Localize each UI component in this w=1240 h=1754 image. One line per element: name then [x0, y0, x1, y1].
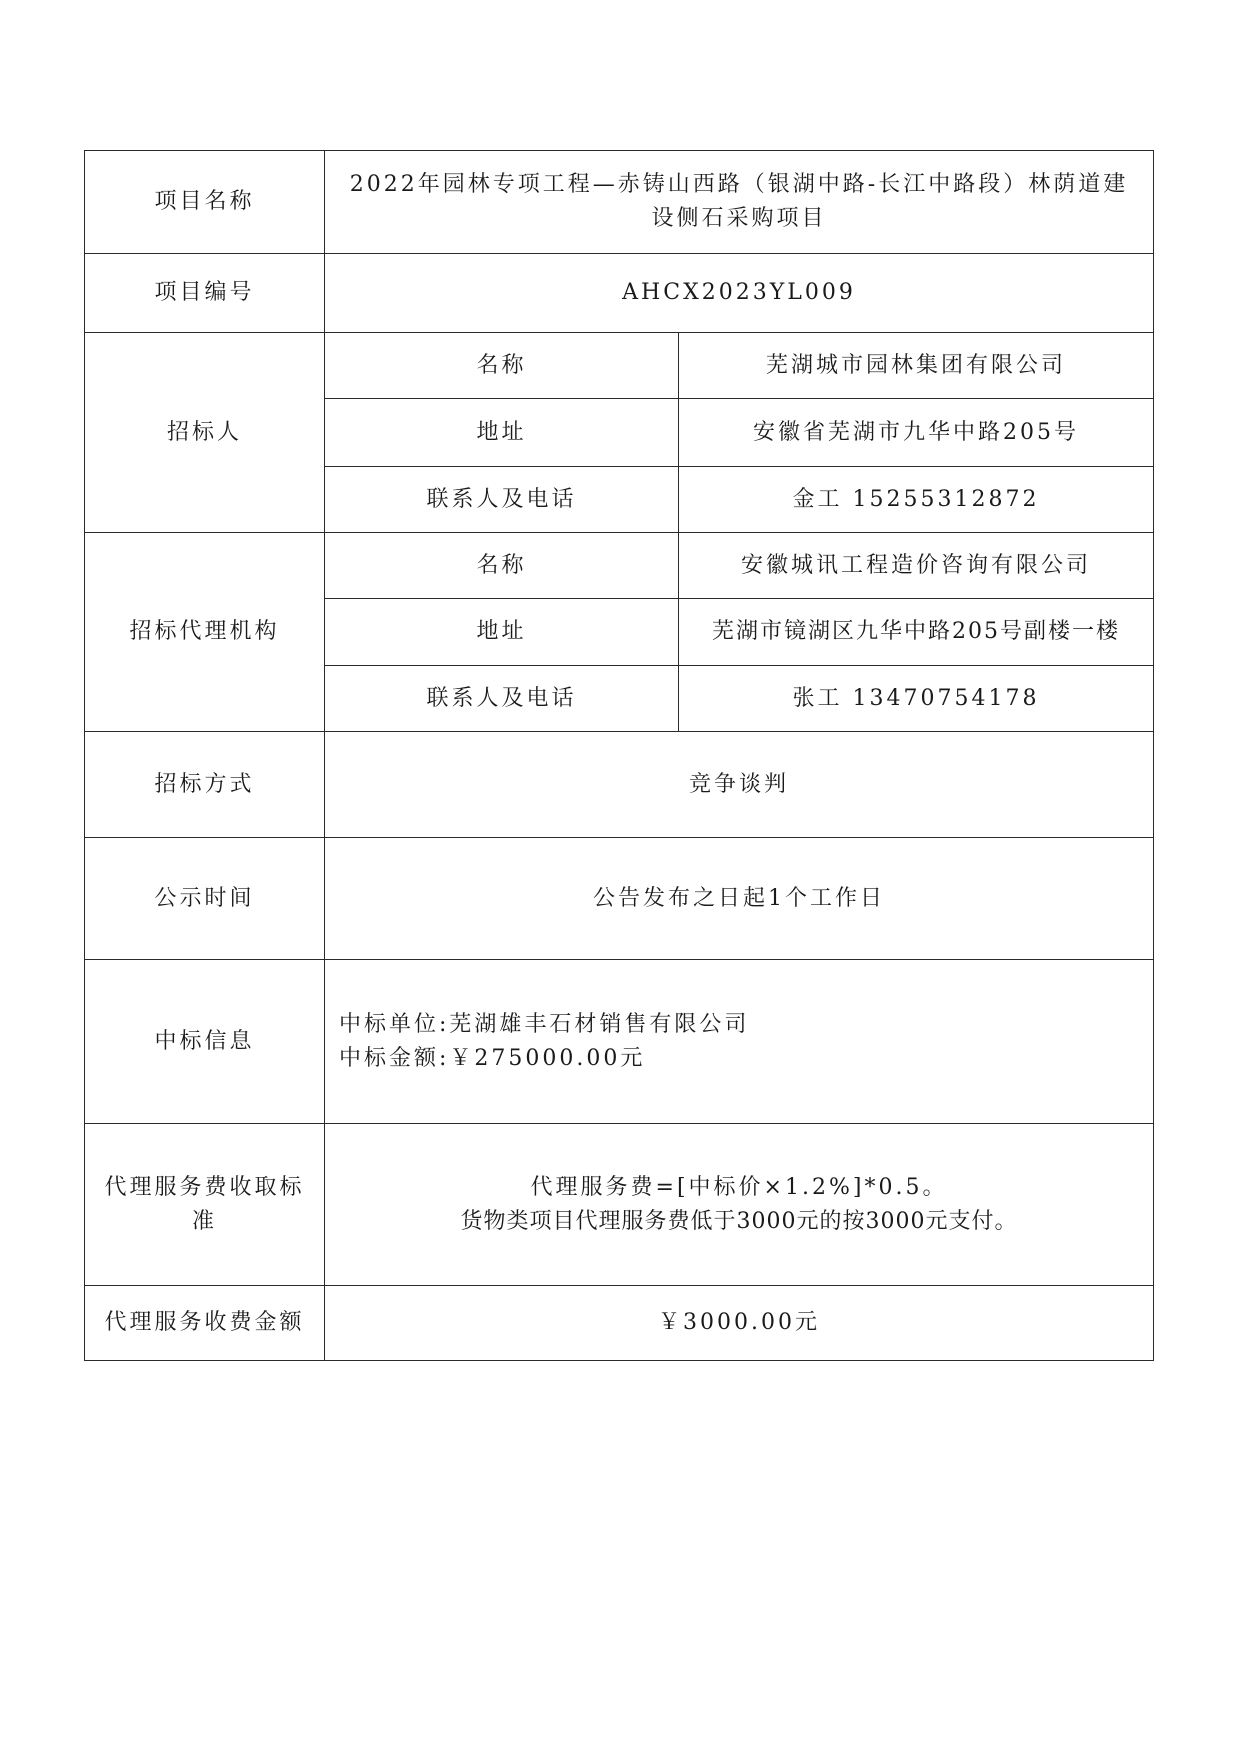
agency-name-value: 安徽城讯工程造价咨询有限公司	[679, 533, 1154, 599]
tenderer-address-label: 地址	[325, 399, 679, 467]
row-publicity: 公示时间 公告发布之日起1个工作日	[85, 838, 1154, 960]
project-number-label: 项目编号	[85, 254, 325, 333]
agency-name-label: 名称	[325, 533, 679, 599]
row-project-number: 项目编号 AHCX2023YL009	[85, 254, 1154, 333]
fee-standard-label: 代理服务费收取标准	[85, 1124, 325, 1286]
row-award: 中标信息 中标单位:芜湖雄丰石材销售有限公司 中标金额:￥275000.00元	[85, 960, 1154, 1124]
tenderer-name-label: 名称	[325, 333, 679, 399]
tenderer-label: 招标人	[85, 333, 325, 533]
publicity-value: 公告发布之日起1个工作日	[325, 838, 1154, 960]
agency-contact-label: 联系人及电话	[325, 666, 679, 732]
row-method: 招标方式 竞争谈判	[85, 732, 1154, 838]
award-winner: 中标单位:芜湖雄丰石材销售有限公司	[339, 1008, 1143, 1042]
publicity-label: 公示时间	[85, 838, 325, 960]
agency-label: 招标代理机构	[85, 533, 325, 732]
row-project-name: 项目名称 2022年园林专项工程—赤铸山西路（银湖中路-长江中路段）林荫道建设侧…	[85, 151, 1154, 254]
project-name-value: 2022年园林专项工程—赤铸山西路（银湖中路-长江中路段）林荫道建设侧石采购项目	[325, 151, 1154, 254]
tenderer-contact-label: 联系人及电话	[325, 467, 679, 533]
row-fee-amount: 代理服务收费金额 ￥3000.00元	[85, 1286, 1154, 1361]
fee-standard-value: 代理服务费=[中标价×1.2%]*0.5。 货物类项目代理服务费低于3000元的…	[325, 1124, 1154, 1286]
row-agency-name: 招标代理机构 名称 安徽城讯工程造价咨询有限公司	[85, 533, 1154, 599]
award-info-table: 项目名称 2022年园林专项工程—赤铸山西路（银湖中路-长江中路段）林荫道建设侧…	[84, 150, 1154, 1361]
fee-amount-label: 代理服务收费金额	[85, 1286, 325, 1361]
tenderer-name-value: 芜湖城市园林集团有限公司	[679, 333, 1154, 399]
row-fee-standard: 代理服务费收取标准 代理服务费=[中标价×1.2%]*0.5。 货物类项目代理服…	[85, 1124, 1154, 1286]
document-page: 项目名称 2022年园林专项工程—赤铸山西路（银湖中路-长江中路段）林荫道建设侧…	[0, 0, 1240, 1754]
tenderer-contact-value: 金工 15255312872	[679, 467, 1154, 533]
award-amount: 中标金额:￥275000.00元	[339, 1042, 1143, 1076]
award-label: 中标信息	[85, 960, 325, 1124]
agency-address-label: 地址	[325, 599, 679, 666]
agency-address-value: 芜湖市镜湖区九华中路205号副楼一楼	[679, 599, 1154, 666]
row-tenderer-name: 招标人 名称 芜湖城市园林集团有限公司	[85, 333, 1154, 399]
method-label: 招标方式	[85, 732, 325, 838]
fee-standard-line1: 代理服务费=[中标价×1.2%]*0.5。	[335, 1171, 1143, 1205]
award-value: 中标单位:芜湖雄丰石材销售有限公司 中标金额:￥275000.00元	[325, 960, 1154, 1124]
fee-amount-value: ￥3000.00元	[325, 1286, 1154, 1361]
project-name-label: 项目名称	[85, 151, 325, 254]
fee-standard-line2: 货物类项目代理服务费低于3000元的按3000元支付。	[335, 1205, 1143, 1239]
method-value: 竞争谈判	[325, 732, 1154, 838]
project-number-value: AHCX2023YL009	[325, 254, 1154, 333]
tenderer-address-value: 安徽省芜湖市九华中路205号	[679, 399, 1154, 467]
agency-contact-value: 张工 13470754178	[679, 666, 1154, 732]
